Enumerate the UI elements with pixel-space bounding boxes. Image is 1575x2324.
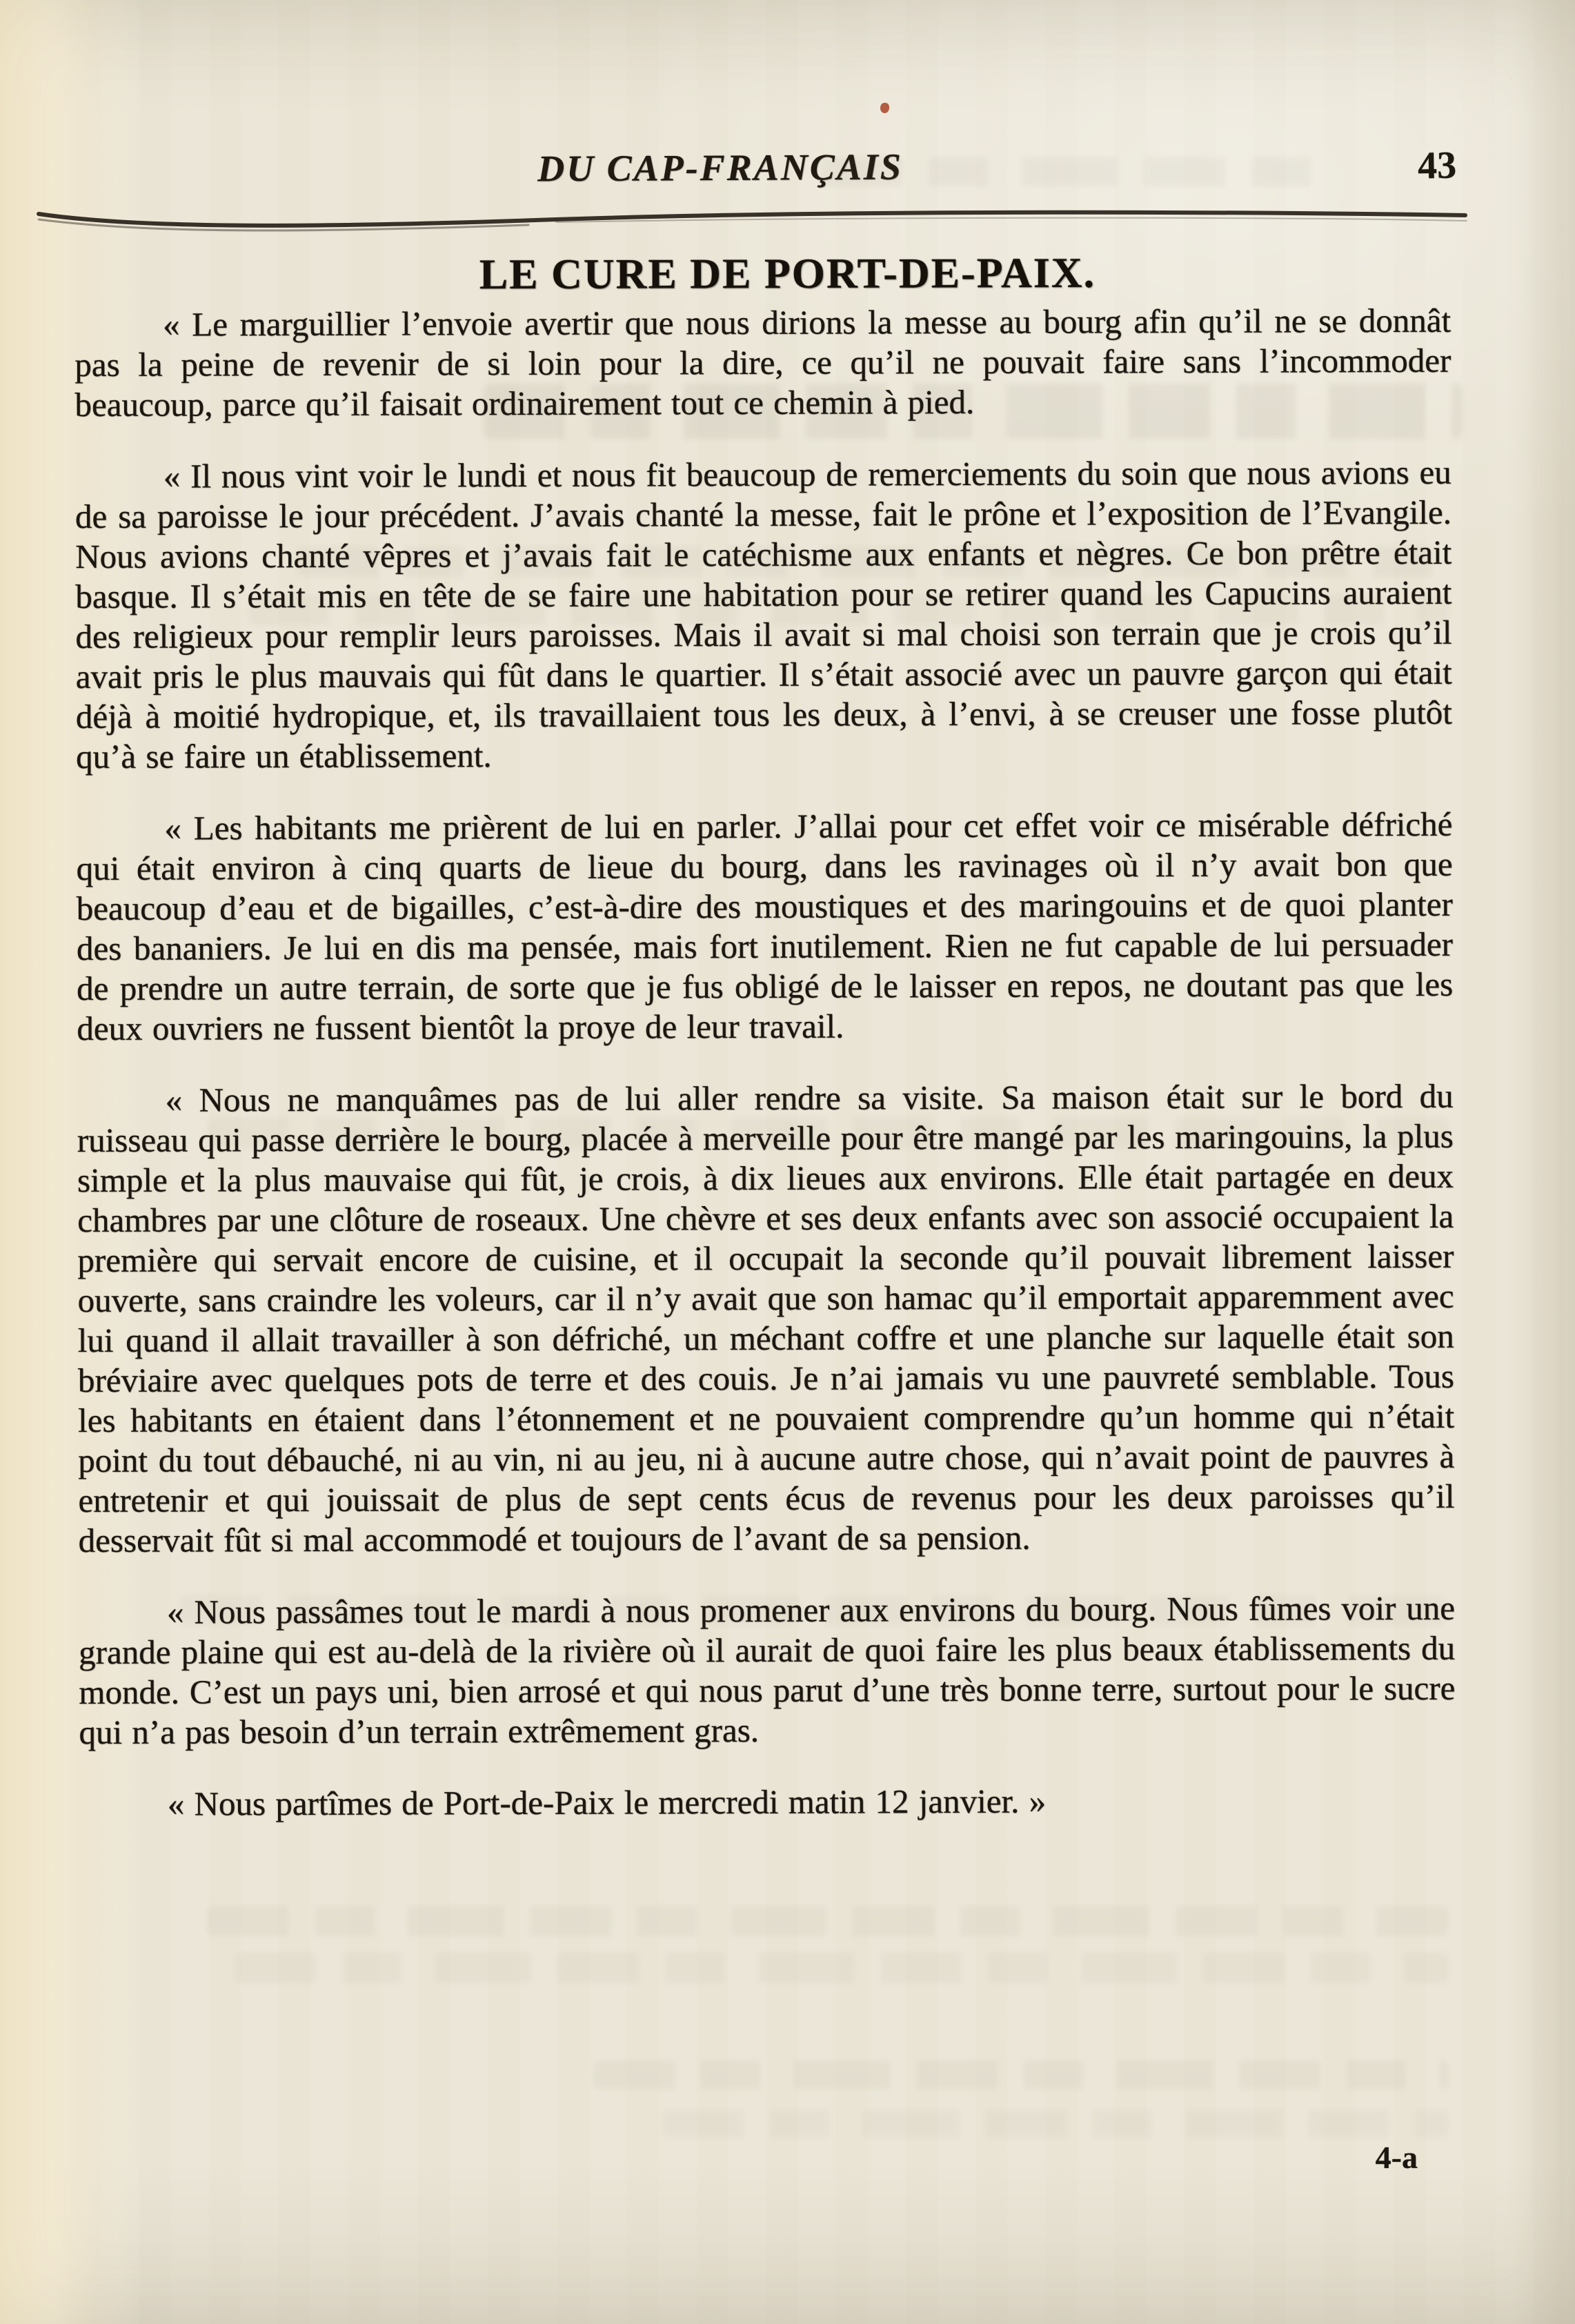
body-paragraph: « Nous passâmes tout le mardi à nous pro… [79,1588,1456,1753]
signature-mark: 4-a [1376,2139,1418,2176]
body-paragraph: « Les habitants me prièrent de lui en pa… [76,805,1453,1049]
ghost-bleedthrough [662,2110,1449,2138]
body-paragraph: « Le marguillier l’envoie avertir que no… [75,301,1452,425]
book-page: DU CAP-FRANÇAIS 43 LE CURE DE PORT-DE-PA… [0,0,1575,2324]
chapter-title: LE CURE DE PORT-DE-PAIX. [0,248,1575,301]
header-rule [32,199,1474,240]
ghost-bleedthrough [593,2060,1449,2089]
body-paragraph: « Il nous vint voir le lundi et nous fit… [75,453,1452,777]
ghost-bleedthrough [207,1906,1449,1936]
ghost-bleedthrough [235,1953,1449,1983]
page-number: 43 [1417,144,1456,188]
text-block: « Le marguillier l’envoie avertir que no… [75,301,1456,1856]
body-paragraph: « Nous ne manquâmes pas de lui aller ren… [77,1076,1455,1561]
body-paragraph: « Nous partîmes de Port-de-Paix le mercr… [79,1780,1456,1824]
scan-artifact-dot [880,103,889,113]
running-title: DU CAP-FRANÇAIS [537,146,903,190]
